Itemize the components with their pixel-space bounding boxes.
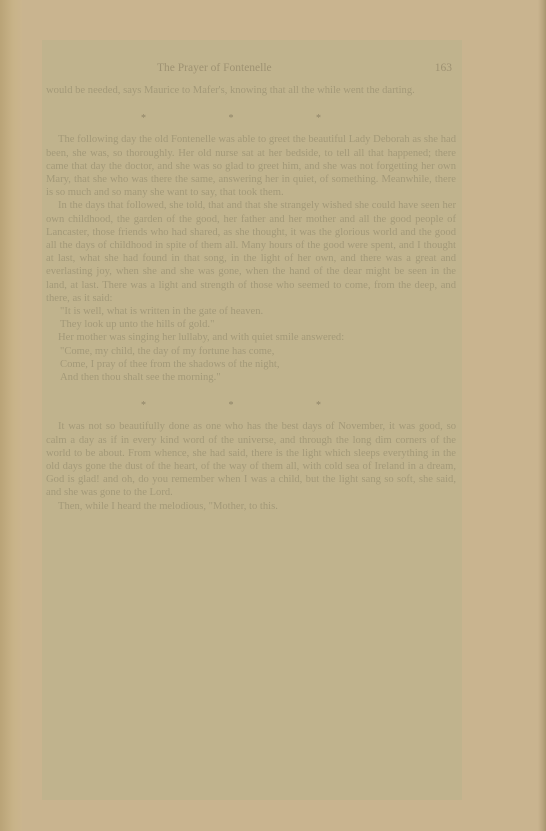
- paragraph: Then, while I heard the melodious, "Moth…: [46, 500, 456, 513]
- paragraph: In the days that followed, she told, tha…: [46, 199, 456, 305]
- quote-line: They look up unto the hills of gold.": [46, 318, 456, 331]
- quote-line: "It is well, what is written in the gate…: [46, 305, 456, 318]
- quote-line: Come, I pray of thee from the shadows of…: [46, 358, 456, 371]
- paragraph: Her mother was singing her lullaby, and …: [46, 331, 456, 344]
- running-header: The Prayer of Fontenelle 163: [42, 62, 452, 78]
- quote-line: "Come, my child, the day of my fortune h…: [46, 345, 456, 358]
- running-title: The Prayer of Fontenelle: [157, 62, 272, 74]
- page-edge: [538, 0, 546, 831]
- quote-line: And then thou shalt see the morning.": [46, 371, 456, 384]
- book-gutter: [0, 0, 22, 831]
- section-separator: * * *: [46, 112, 456, 125]
- paragraph: would be needed, says Maurice to Mafer's…: [46, 84, 456, 97]
- page-number: 163: [435, 62, 452, 74]
- paragraph: The following day the old Fontenelle was…: [46, 133, 456, 199]
- body-text: would be needed, says Maurice to Mafer's…: [46, 84, 456, 513]
- section-separator: * * *: [46, 399, 456, 412]
- paragraph: It was not so beautifully done as one wh…: [46, 420, 456, 499]
